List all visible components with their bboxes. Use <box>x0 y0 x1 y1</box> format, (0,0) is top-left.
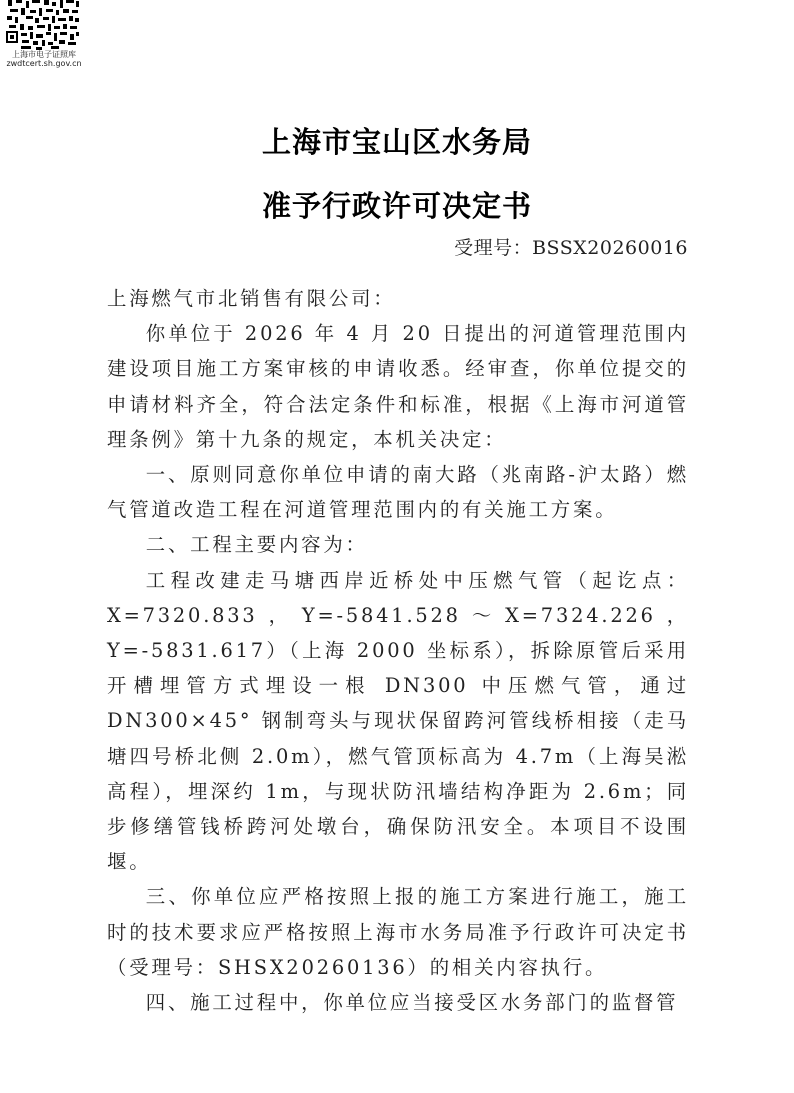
acceptance-number: 受理号：BSSX20260016 <box>454 233 688 260</box>
document-title: 准予行政许可决定书 <box>0 184 794 225</box>
agency-title: 上海市宝山区水务局 <box>0 120 794 161</box>
paragraph-item-4: 四、施工过程中，你单位应当接受区水务部门的监督管 <box>107 985 689 1020</box>
paragraph-application: 你单位于 2026 年 4 月 20 日提出的河道管理范围内建设项目施工方案审核… <box>107 316 689 457</box>
paragraph-item-2: 二、工程主要内容为： <box>107 527 689 562</box>
document-body: 上海燃气市北销售有限公司： 你单位于 2026 年 4 月 20 日提出的河道管… <box>107 281 689 1020</box>
qr-caption-name: 上海市电子证照库 <box>4 50 84 59</box>
paragraph-item-3: 三、你单位应严格按照上报的施工方案进行施工，施工时的技术要求应严格按照上海市水务… <box>107 879 689 985</box>
paragraph-project-content: 工程改建走马塘西岸近桥处中压燃气管（起讫点：X=7320.833，Y=-5841… <box>107 563 689 880</box>
addressee: 上海燃气市北销售有限公司： <box>107 281 689 316</box>
qr-caption-url: zwdtcert.sh.gov.cn <box>4 59 84 68</box>
qr-caption: 上海市电子证照库 zwdtcert.sh.gov.cn <box>4 50 84 68</box>
qr-code-icon <box>6 0 80 50</box>
paragraph-item-1: 一、原则同意你单位申请的南大路（兆南路-沪太路）燃气管道改造工程在河道管理范围内… <box>107 457 689 527</box>
